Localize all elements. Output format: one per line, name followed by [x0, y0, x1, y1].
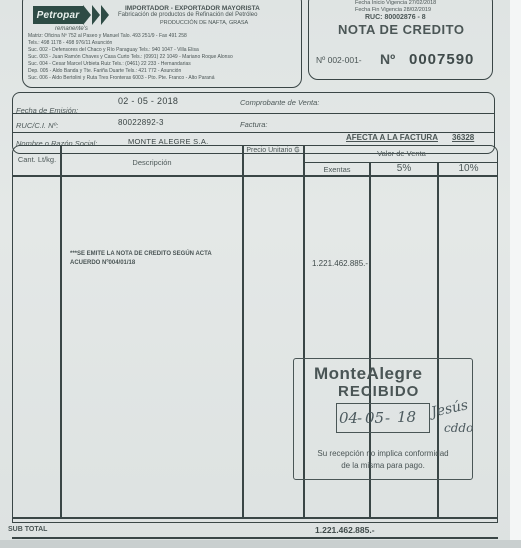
stamp-brand: MonteAlegre	[314, 364, 422, 384]
header-iva-10: 10%	[439, 163, 498, 174]
document-title: NOTA DE CREDITO	[338, 22, 464, 37]
stamp-date-month: 05	[365, 409, 384, 427]
address-line-6: Dep. 005 - Aldo Banda y Tte. Fariña Duar…	[28, 68, 181, 74]
header-exentas: Exentas	[305, 165, 369, 174]
stamp-status: RECIBIDO	[338, 383, 419, 400]
afecta-factura-value: 36328	[452, 133, 474, 142]
logo-subtext: remanente's	[55, 26, 88, 32]
comprobante-label: Comprobante de Venta:	[240, 98, 319, 107]
stamp-signature: Jesús	[430, 397, 470, 420]
address-line-5: Suc. 004 - Cesar Marcel Urbieta Ruiz Tel…	[28, 61, 191, 67]
col-line	[242, 145, 244, 517]
table-body-bottom	[12, 517, 498, 519]
factura-label: Factura:	[240, 120, 268, 129]
address-line-1: Matriz: Oficina Nº 752 al Paseo y Manuel…	[28, 33, 187, 39]
row-description-line-2: ACUERDO Nº004/01/18	[70, 260, 135, 266]
number-symbol: Nº	[380, 51, 395, 67]
logo-text: Petropar	[37, 10, 80, 21]
page-edge	[0, 540, 521, 548]
stamp-date-year: 18	[397, 408, 416, 426]
timbrado-line-1: Fecha Inicio Vigencia 27/02/2018	[355, 0, 436, 6]
header-precio-unitario: Precio Unitario ₲	[244, 147, 302, 155]
fecha-value: 02 - 05 - 2018	[118, 96, 178, 106]
stamp-date-day: 04	[339, 409, 358, 427]
subtotal-label: SUB TOTAL	[8, 526, 47, 533]
company-line-2: Fabricación de productos de Refinación d…	[118, 12, 257, 18]
date-separator: -	[357, 409, 362, 427]
series-prefix: Nº 002-001-	[316, 55, 362, 65]
header-cant: Cant. Lt/kg.	[14, 155, 60, 164]
afecta-factura-label: AFECTA A LA FACTURA	[346, 133, 438, 142]
timbrado-line-2: Fecha Fin Vigencia 28/02/2019	[355, 7, 431, 13]
subtotal-bottom	[12, 537, 498, 539]
table-header-divider	[12, 175, 498, 177]
logo-chevrons-icon	[83, 5, 110, 25]
fecha-label: Fecha de Emisión:	[16, 106, 78, 115]
stamp-signature-2: cddo	[444, 421, 473, 435]
subtotal-value: 1.221.462.885.-	[315, 525, 375, 535]
address-line-4: Suc. 003 - Juan Ramón Chaves y Casa Curt…	[28, 54, 233, 60]
page-margin	[510, 0, 521, 548]
address-line-7: Suc. 006 - Aldo Bertolini y Ruta Tres Fr…	[28, 75, 214, 81]
address-line-2: Tels.: 498 1178 - 498 976/11 Asunción	[28, 40, 112, 46]
issuer-ruc: RUC: 80002876 - 8	[365, 14, 426, 21]
row-exentas: 1.221.462.885.-	[312, 259, 368, 268]
company-line-1: IMPORTADOR - EXPORTADOR MAYORISTA	[125, 5, 260, 12]
divider	[12, 113, 495, 114]
date-separator: -	[385, 409, 390, 427]
header-descripcion: Descripción	[62, 158, 242, 167]
ruc-value: 80022892-3	[118, 118, 164, 127]
header-iva-5: 5%	[371, 163, 437, 174]
company-line-3: PRODUCCIÓN DE NAFTA, GRASA	[160, 20, 248, 26]
ruc-label: RUC/C.I. Nº:	[16, 121, 58, 130]
address-line-3: Suc. 002 - Defensores del Chaco y Río Pa…	[28, 47, 199, 53]
stamp-note-2: de la misma para pago.	[294, 461, 472, 470]
petropar-logo: Petropar	[33, 6, 83, 24]
header-valor-venta: Valor de Venta	[305, 149, 498, 158]
stamp-note-1: Su recepción no implica conformidad	[294, 449, 472, 458]
document-number: 0007590	[409, 51, 474, 68]
col-line	[60, 145, 62, 517]
row-description-line-1: ***SE EMITE LA NOTA DE CREDITO SEGÚN ACT…	[70, 251, 212, 257]
received-stamp: MonteAlegre RECIBIDO 04 - 05 - 18 Jesús …	[293, 358, 473, 480]
